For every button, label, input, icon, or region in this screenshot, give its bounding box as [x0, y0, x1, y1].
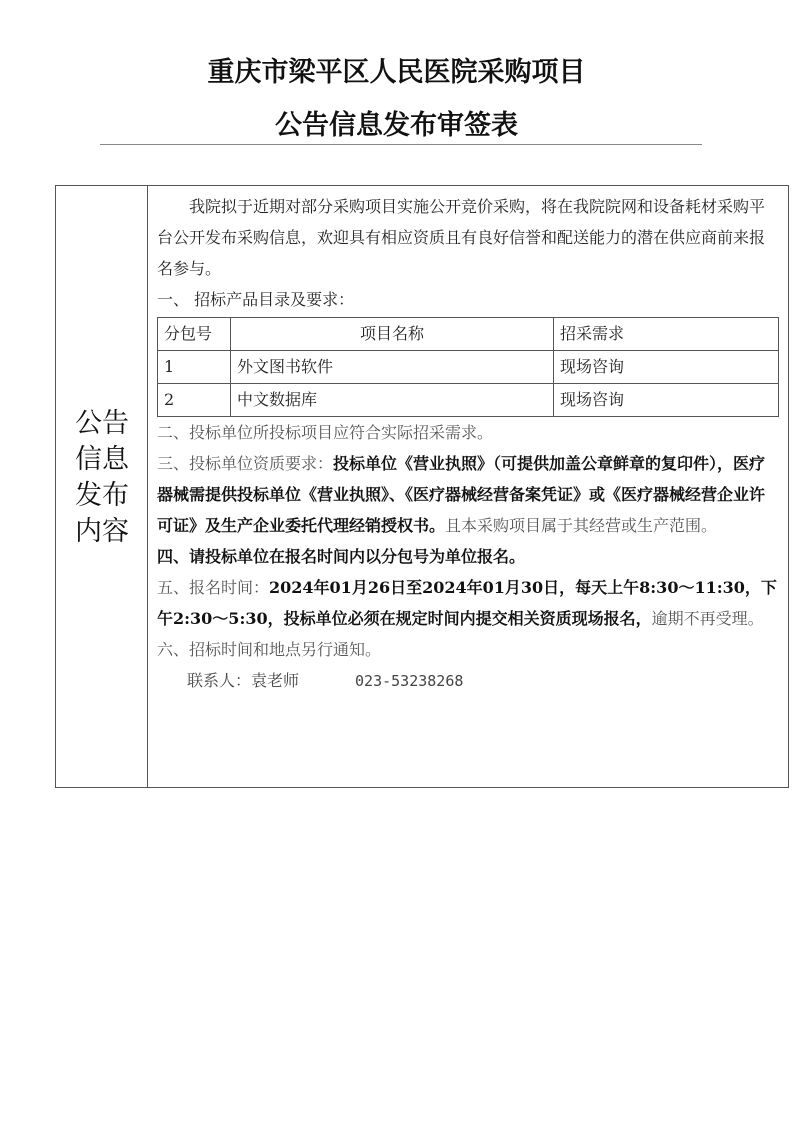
section5-text: 五、报名时间：2024年01月26日至2024年01月30日，每天上午8:30～… [157, 572, 780, 634]
section3-suffix: 且本采购项目属于其经营或生产范围。 [445, 516, 717, 535]
table-header-row: 分包号 项目名称 招采需求 [158, 318, 779, 351]
section5-prefix: 五、报名时间： [157, 578, 269, 597]
content-cell: 我院拟于近期对部分采购项目实施公开竞价采购，将在我院院网和设备耗材采购平台公开发… [149, 186, 788, 697]
contact-person: 联系人：袁老师 [187, 671, 299, 690]
cell-requirement: 现场咨询 [554, 351, 779, 384]
intro-paragraph: 我院拟于近期对部分采购项目实施公开竞价采购，将在我院院网和设备耗材采购平台公开发… [157, 191, 780, 284]
contact-phone: 023-53238268 [355, 672, 463, 690]
document-title-line2: 公告信息发布审签表 [0, 103, 793, 142]
document-title-line1: 重庆市梁平区人民医院采购项目 [0, 50, 793, 89]
side-label: 公告 信息 发布 内容 [56, 406, 148, 550]
section6-text: 六、招标时间和地点另行通知。 [157, 634, 780, 665]
contact-line: 联系人：袁老师023-53238268 [157, 665, 780, 697]
items-table: 分包号 项目名称 招采需求 1 外文图书软件 现场咨询 2 中文数据库 现场咨询 [157, 317, 779, 417]
side-label-line: 信息 [56, 442, 148, 478]
cell-package-no: 1 [158, 351, 231, 384]
side-label-line: 公告 [56, 406, 148, 442]
side-label-line: 内容 [56, 514, 148, 550]
section3-text: 三、投标单位资质要求：投标单位《营业执照》（可提供加盖公章鲜章的复印件），医疗器… [157, 448, 780, 541]
section4-text: 四、请投标单位在报名时间内以分包号为单位报名。 [157, 541, 780, 572]
section2-text: 二、投标单位所投标项目应符合实际招采需求。 [157, 417, 780, 448]
announcement-form-table: 公告 信息 发布 内容 我院拟于近期对部分采购项目实施公开竞价采购，将在我院院网… [55, 185, 789, 788]
cell-package-no: 2 [158, 384, 231, 417]
side-label-line: 发布 [56, 478, 148, 514]
cell-project-name: 外文图书软件 [231, 351, 554, 384]
cell-project-name: 中文数据库 [231, 384, 554, 417]
section3-prefix: 三、投标单位资质要求： [157, 454, 333, 473]
section1-heading: 一、 招标产品目录及要求： [157, 284, 780, 315]
cell-requirement: 现场咨询 [554, 384, 779, 417]
table-row: 2 中文数据库 现场咨询 [158, 384, 779, 417]
section5-suffix: 逾期不再受理。 [652, 609, 764, 628]
header-package-no: 分包号 [158, 318, 231, 351]
table-row: 1 外文图书软件 现场咨询 [158, 351, 779, 384]
header-requirement: 招采需求 [554, 318, 779, 351]
header-project-name: 项目名称 [231, 318, 554, 351]
side-label-cell: 公告 信息 发布 内容 [56, 186, 148, 787]
title-divider [100, 144, 702, 145]
